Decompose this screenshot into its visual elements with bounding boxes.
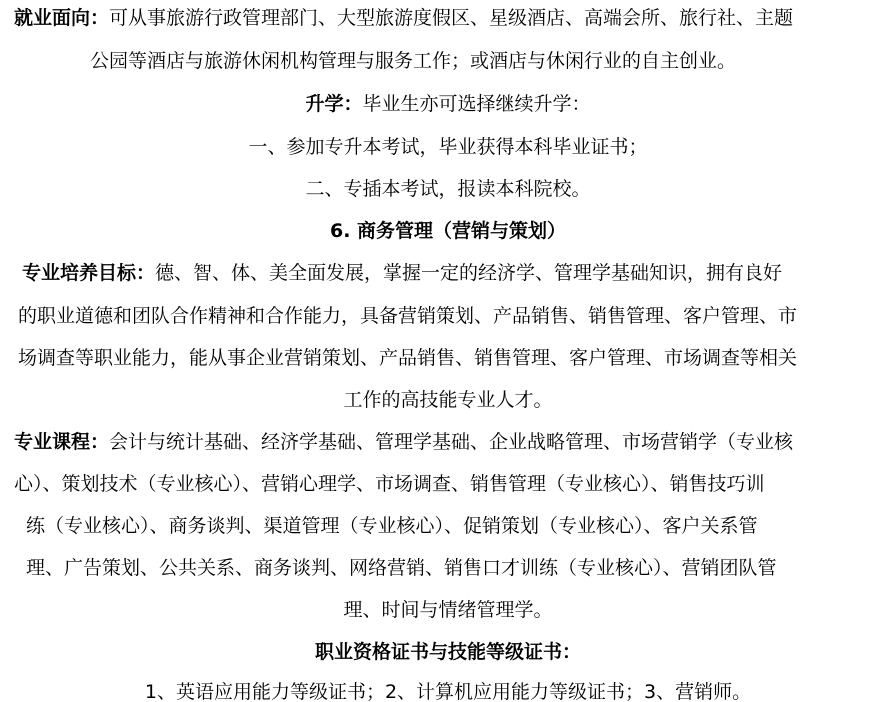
employment-paragraph-line-2: 公园等酒店与旅游休闲机构管理与服务工作；或酒店与休闲行业的自主创业。 bbox=[90, 49, 896, 73]
courses-text-2: 心）、策划技术（专业核心）、营销心理学、市场调查、销售管理（专业核心）、销售技巧… bbox=[14, 473, 765, 495]
further-study-option-1-text: 一、参加专升本考试，毕业获得本科毕业证书； bbox=[248, 136, 647, 158]
further-study-option-1: 一、参加专升本考试，毕业获得本科毕业证书； bbox=[0, 135, 896, 159]
training-goal-line-3: 场调查等职业能力，能从事企业营销策划、产品销售、销售管理、客户管理、市场调查等相… bbox=[18, 346, 896, 370]
courses-line-1: 专业课程：会计与统计基础、经济学基础、管理学基础、企业战略管理、市场营销学（专业… bbox=[14, 430, 896, 454]
document-page: 就业面向：可从事旅游行政管理部门、大型旅游度假区、星级酒店、高端会所、旅行社、主… bbox=[0, 0, 896, 702]
employment-text-1: 可从事旅游行政管理部门、大型旅游度假区、星级酒店、高端会所、旅行社、主题 bbox=[109, 7, 793, 29]
further-study-intro-text: 毕业生亦可选择继续升学： bbox=[363, 93, 591, 115]
courses-text-1: 会计与统计基础、经济学基础、管理学基础、企业战略管理、市场营销学（专业核 bbox=[109, 431, 793, 453]
courses-line-5: 理、时间与情绪管理学。 bbox=[0, 598, 896, 622]
training-goal-line-1: 专业培养目标：德、智、体、美全面发展，掌握一定的经济学、管理学基础知识，拥有良好 bbox=[22, 261, 896, 285]
section-heading: 6. 商务管理（营销与策划） bbox=[0, 219, 896, 243]
employment-paragraph-line-1: 就业面向：可从事旅游行政管理部门、大型旅游度假区、星级酒店、高端会所、旅行社、主… bbox=[14, 6, 896, 30]
further-study-option-2: 二、专插本考试，报读本科院校。 bbox=[0, 177, 896, 201]
certificates-list: 1、英语应用能力等级证书；2、计算机应用能力等级证书；3、营销师。 bbox=[0, 680, 896, 702]
courses-text-4: 理、广告策划、公共关系、商务谈判、网络营销、销售口才训练（专业核心）、营销团队管 bbox=[26, 557, 777, 579]
further-study-intro: 升学：毕业生亦可选择继续升学： bbox=[0, 92, 896, 116]
further-study-option-2-text: 二、专插本考试，报读本科院校。 bbox=[305, 178, 590, 200]
certificates-list-text: 1、英语应用能力等级证书；2、计算机应用能力等级证书；3、营销师。 bbox=[145, 681, 751, 702]
courses-line-2: 心）、策划技术（专业核心）、营销心理学、市场调查、销售管理（专业核心）、销售技巧… bbox=[14, 472, 896, 496]
training-goal-line-4: 工作的高技能专业人才。 bbox=[0, 388, 896, 412]
courses-line-3: 练（专业核心）、商务谈判、渠道管理（专业核心）、促销策划（专业核心）、客户关系管 bbox=[26, 514, 896, 538]
courses-label: 专业课程： bbox=[14, 431, 109, 453]
further-study-label: 升学： bbox=[305, 93, 362, 115]
certificates-heading: 职业资格证书与技能等级证书： bbox=[0, 640, 896, 664]
courses-text-3: 练（专业核心）、商务谈判、渠道管理（专业核心）、促销策划（专业核心）、客户关系管 bbox=[26, 515, 758, 537]
training-goal-text-3: 场调查等职业能力，能从事企业营销策划、产品销售、销售管理、客户管理、市场调查等相… bbox=[18, 347, 797, 369]
courses-line-4: 理、广告策划、公共关系、商务谈判、网络营销、销售口才训练（专业核心）、营销团队管 bbox=[26, 556, 896, 580]
training-goal-label: 专业培养目标： bbox=[22, 262, 155, 284]
courses-text-5: 理、时间与情绪管理学。 bbox=[343, 599, 552, 621]
employment-label: 就业面向： bbox=[14, 7, 109, 29]
training-goal-text-4: 工作的高技能专业人才。 bbox=[343, 389, 552, 411]
training-goal-line-2: 的职业道德和团队合作精神和合作能力，具备营销策划、产品销售、销售管理、客户管理、… bbox=[18, 304, 896, 328]
employment-text-2: 公园等酒店与旅游休闲机构管理与服务工作；或酒店与休闲行业的自主创业。 bbox=[90, 50, 736, 72]
section-heading-text: 6. 商务管理（营销与策划） bbox=[330, 220, 566, 242]
certificates-heading-text: 职业资格证书与技能等级证书： bbox=[315, 641, 581, 663]
training-goal-text-2: 的职业道德和团队合作精神和合作能力，具备营销策划、产品销售、销售管理、客户管理、… bbox=[18, 305, 797, 327]
training-goal-text-1: 德、智、体、美全面发展，掌握一定的经济学、管理学基础知识，拥有良好 bbox=[155, 262, 782, 284]
